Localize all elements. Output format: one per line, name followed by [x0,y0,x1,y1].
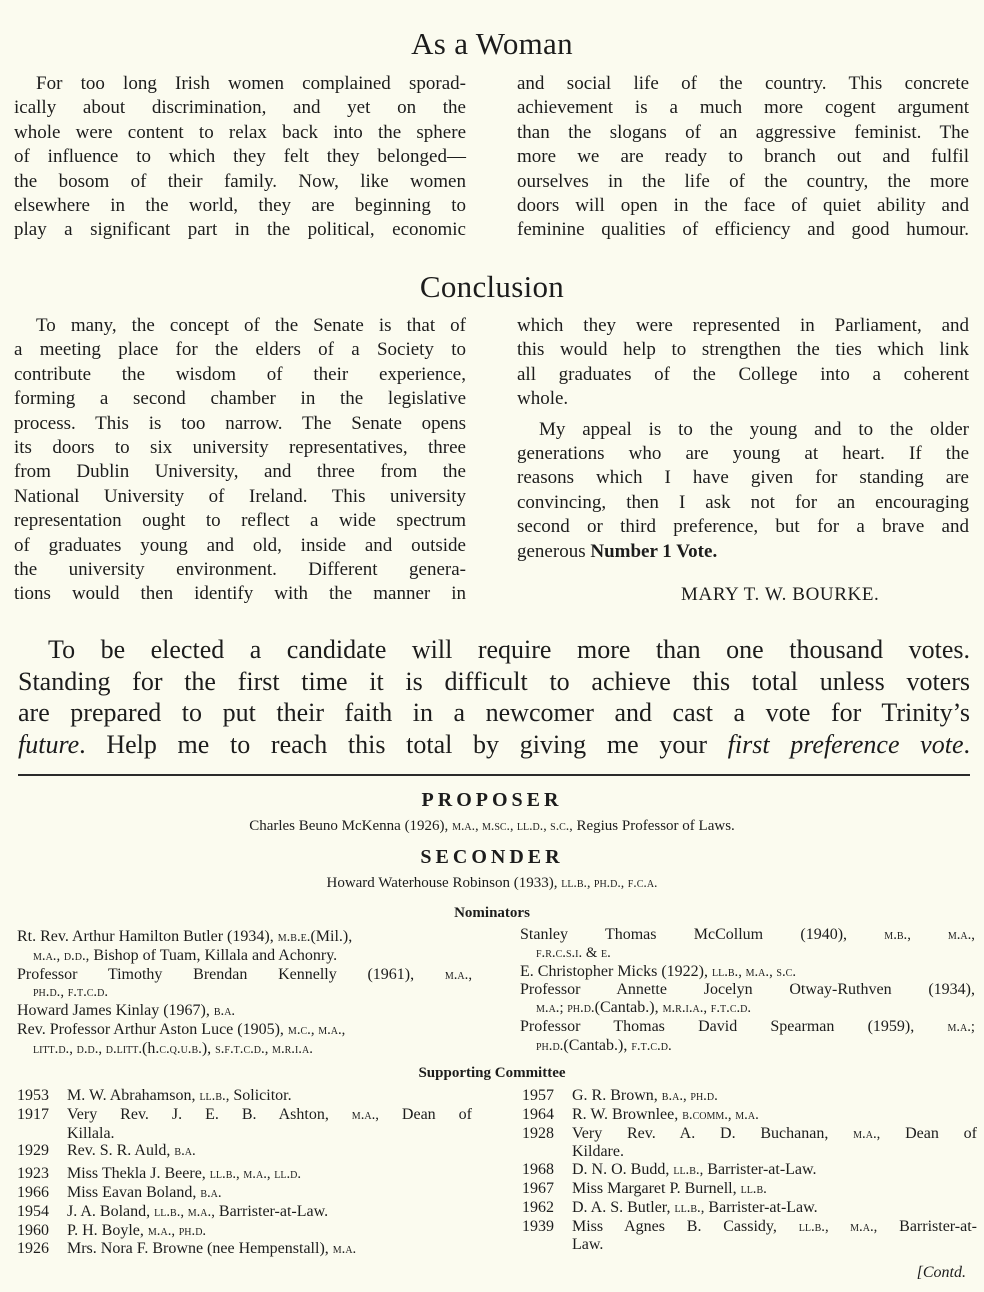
committee-entry: 1917Very Rev. J. E. B. Ashton, M.A., Dea… [17,1106,472,1143]
nominator-entry: Professor Annette Jocelyn Otway-Ruthven … [520,981,975,1018]
text-line: than the slogans of an aggressive femini… [517,121,969,145]
number-one-vote-emphasis: Number 1 Vote. [590,541,717,562]
nominator-entry: Professor Timothy Brendan Kennelly (1961… [17,966,472,1003]
nominators-heading: Nominators [0,905,984,922]
seconder-heading: SECONDER [0,846,984,869]
text-fragment: Bishop of Tuam, Killala and Achonry. [89,947,337,964]
member-text: R. W. Brownlee, B.COMM., M.A. [572,1106,977,1125]
qualification: M.A., PH.D. [148,1223,206,1239]
text-line: forming a second chamber in the legislat… [14,387,466,411]
member-text: Very Rev. A. D. Buchanan, M.A., Dean of [572,1125,977,1144]
text-line: Rev. Professor Arthur Aston Luce (1905),… [17,1021,472,1040]
text-fragment: Barrister-at- [877,1218,977,1235]
text-fragment: Dean of [379,1106,472,1123]
text-fragment: . Help me to reach this total by giving … [79,730,728,759]
graduation-year: 1957 [522,1087,572,1106]
text-line: generous Number 1 Vote. [517,540,969,564]
appeal-line: future. Help me to reach this total by g… [18,729,970,761]
text-line: ourselves in the life of the country, th… [517,170,969,194]
qualification: PH.D. [536,1038,563,1054]
nominator-entry: Rt. Rev. Arthur Hamilton Butler (1934), … [17,928,472,966]
graduation-year: 1953 [17,1087,67,1106]
qualification: F.R.C.S.I. & E. [520,945,975,963]
nominator-entry: Professor Thomas David Spearman (1959), … [520,1018,975,1056]
committee-entry: 1929Rev. S. R. Auld, B.A. [17,1142,472,1161]
member-name: J. A. Boland, [67,1203,154,1220]
text-fragment: Dean of [880,1125,977,1142]
graduation-year: 1928 [522,1125,572,1144]
text-line: whole. [517,387,969,411]
nominator-entry: Stanley Thomas McCollum (1940), M.B., M.… [520,926,975,963]
member-text: M. W. Abrahamson, LL.B., Solicitor. [67,1087,472,1106]
qualification: M.A., D.D., [33,948,89,964]
text-line: My appeal is to the young and to the old… [517,418,969,442]
text-fragment: generous [517,541,590,562]
member-text: Mrs. Nora F. Browne (nee Hempenstall), M… [67,1240,472,1259]
section-title-as-a-woman: As a Woman [0,26,984,62]
text-fragment: Barrister-at-Law. [703,1161,816,1178]
text-fragment: . [964,730,971,759]
qualification: LL.B., [199,1088,229,1104]
text-line: M.A.; PH.D.(Cantab.), M.R.I.A., F.T.C.D. [520,999,975,1018]
qualification: PH.D. [564,1000,595,1016]
text-line: convincing, then I ask not for an encour… [517,491,969,515]
committee-entry: 1957G. R. Brown, B.A., PH.D. [522,1087,977,1106]
graduation-year: 1917 [17,1106,67,1125]
text-line: of graduates young and old, inside and o… [14,534,466,558]
member-text: J. A. Boland, LL.B., M.A., Barrister-at-… [67,1203,472,1222]
member-text: P. H. Boyle, M.A., PH.D. [67,1222,472,1241]
text-fragment: ), [202,1040,215,1057]
member-name: D. N. O. Budd, [572,1161,673,1178]
committee-entry: 1953M. W. Abrahamson, LL.B., Solicitor. [17,1087,472,1106]
member-name: D. A. S. Butler, [572,1199,674,1216]
text-line: second or third preference, but for a br… [517,515,969,539]
seconder-qualifications: LL.B., PH.D., F.C.A. [561,875,657,890]
text-line: from Dublin University, and three from t… [14,460,466,484]
member-text: G. R. Brown, B.A., PH.D. [572,1087,977,1106]
text-line: Law. [522,1236,977,1254]
text-fragment: Howard James Kinlay (1967), [17,1002,214,1019]
text-line: this would help to strengthen the ties w… [517,338,969,362]
qualification: LL.B. [741,1181,767,1197]
text-line: process. This is too narrow. The Senate … [14,412,466,436]
vote-appeal: To be elected a candidate will require m… [18,634,970,760]
text-line: PH.D.(Cantab.), F.T.C.D. [520,1037,975,1056]
member-name: R. W. Brownlee, [572,1106,682,1123]
graduation-year: 1954 [17,1203,67,1222]
qualification: B.A., PH.D. [662,1088,718,1104]
proposer-role: Regius Professor of Laws. [576,818,734,834]
text-line: representation ought to reflect a wide s… [14,509,466,533]
text-line: Professor Thomas David Spearman (1959), … [520,1018,975,1037]
committee-entry: 1926Mrs. Nora F. Browne (nee Hempenstall… [17,1240,472,1259]
appeal-line: are prepared to put their faith in a new… [18,697,970,729]
continued-marker: [Contd. [917,1264,966,1282]
qualification: B.A. [214,1003,235,1019]
member-name: Miss Agnes B. Cassidy, [572,1218,799,1235]
text-line: its doors to six university representati… [14,436,466,460]
proposer-qualifications: M.A., M.SC., LL.D., S.C., [452,818,573,833]
member-text: D. A. S. Butler, LL.B., Barrister-at-Law… [572,1199,977,1218]
member-name: Miss Margaret P. Burnell, [572,1180,741,1197]
text-fragment: E. Christopher Micks (1922), [520,963,712,980]
qualification: M.A., [445,967,472,983]
text-fragment: (Cantab.), [595,999,663,1016]
text-line: tions would then identify with the manne… [14,582,466,606]
member-text: Very Rev. J. E. B. Ashton, M.A., Dean of [67,1106,472,1125]
text-line: E. Christopher Micks (1922), LL.B., M.A.… [520,963,975,982]
text-line: whole were content to relax back into th… [14,121,466,145]
qualification: LL.B., M.A., S.C. [712,964,796,980]
graduation-year: 1968 [522,1161,572,1180]
supporting-committee-heading: Supporting Committee [0,1065,984,1082]
text-line: Professor Annette Jocelyn Otway-Ruthven … [520,981,975,999]
qualification: C.Q.U.B. [159,1041,202,1057]
section-title-conclusion: Conclusion [0,269,984,305]
text-line: more we are ready to branch out and fulf… [517,145,969,169]
appeal-line: Standing for the first time it is diffic… [18,666,970,698]
member-name: G. R. Brown, [572,1087,662,1104]
member-text: Miss Thekla J. Beere, LL.B., M.A., LL.D. [67,1165,472,1184]
qualification: M.A., [352,1107,379,1123]
as-a-woman-right-column: and social life of the country. This con… [517,72,969,243]
committee-entry: 1939Miss Agnes B. Cassidy, LL.B., M.A., … [522,1218,977,1255]
committee-entry: 1966Miss Eavan Boland, B.A. [17,1184,472,1203]
committee-entry: 1968D. N. O. Budd, LL.B., Barrister-at-L… [522,1161,977,1180]
nominator-entry: Rev. Professor Arthur Aston Luce (1905),… [17,1021,472,1059]
text-fragment: Rev. Professor Arthur Aston Luce (1905), [17,1021,288,1038]
text-line: the bosom of their family. Now, like wom… [14,170,466,194]
committee-entry: 1960P. H. Boyle, M.A., PH.D. [17,1222,472,1241]
committee-entry: 1923Miss Thekla J. Beere, LL.B., M.A., L… [17,1165,472,1184]
text-fragment: Professor Thomas David Spearman (1959), [520,1018,947,1035]
qualification: B.A. [200,1185,221,1201]
text-line: reasons which I have given for standing … [517,466,969,490]
graduation-year: 1962 [522,1199,572,1218]
text-line: generations who are young at heart. If t… [517,442,969,466]
nominators-left-list: Rt. Rev. Arthur Hamilton Butler (1934), … [17,928,472,1059]
as-a-woman-left-column: For too long Irish women complained spor… [14,72,466,243]
qualification: B.A. [174,1143,195,1159]
text-line: Killala. [17,1125,472,1143]
text-line: LITT.D., D.D., D.LITT.(h.C.Q.U.B.), S.F.… [17,1040,472,1059]
text-fragment: (Mil.), [310,928,352,945]
member-name: Very Rev. J. E. B. Ashton, [67,1106,352,1123]
member-text: Miss Eavan Boland, B.A. [67,1184,472,1203]
text-line: play a significant part in the political… [14,218,466,242]
italic-first-preference-vote: first preference vote [728,730,964,759]
text-fragment: Rt. Rev. Arthur Hamilton Butler (1934), [17,928,278,945]
text-line: achievement is a much more cogent argume… [517,96,969,120]
committee-right-list: 1957G. R. Brown, B.A., PH.D. 1964R. W. B… [522,1087,977,1254]
text-line: elsewhere in the world, they are beginni… [14,194,466,218]
proposer-details: Charles Beuno McKenna (1926), M.A., M.SC… [0,818,984,835]
text-line: National University of Ireland. This uni… [14,485,466,509]
member-name: Miss Eavan Boland, [67,1184,200,1201]
graduation-year: 1964 [522,1106,572,1125]
text-line: feminine qualities of efficiency and goo… [517,218,969,242]
graduation-year: 1923 [17,1165,67,1184]
text-line: of influence to which they felt they bel… [14,145,466,169]
nominator-entry: E. Christopher Micks (1922), LL.B., M.A.… [520,963,975,982]
qualification: M.A., [853,1126,880,1142]
text-line: doors will open in the face of quiet abi… [517,194,969,218]
member-text: D. N. O. Budd, LL.B., Barrister-at-Law. [572,1161,977,1180]
member-name: Very Rev. A. D. Buchanan, [572,1125,853,1142]
text-line: M.A., D.D., Bishop of Tuam, Killala and … [17,947,472,966]
appeal-line: To be elected a candidate will require m… [18,634,970,666]
graduation-year: 1966 [17,1184,67,1203]
member-text: Miss Margaret P. Burnell, LL.B. [572,1180,977,1199]
seconder-details: Howard Waterhouse Robinson (1933), LL.B.… [0,875,984,892]
member-text: Rev. S. R. Auld, B.A. [67,1142,472,1161]
committee-entry: 1928Very Rev. A. D. Buchanan, M.A., Dean… [522,1125,977,1162]
qualification: LL.B., M.A., [799,1219,878,1235]
text-fragment: Barrister-at-Law. [215,1203,328,1220]
qualification: PH.D., F.T.C.D. [17,984,472,1002]
qualification: LL.B., [673,1162,703,1178]
text-line: and social life of the country. This con… [517,72,969,96]
qualification: M.A. [333,1241,356,1257]
text-line: To many, the concept of the Senate is th… [14,314,466,338]
committee-entry: 1967Miss Margaret P. Burnell, LL.B. [522,1180,977,1199]
horizontal-divider [18,774,970,776]
member-name: P. H. Boyle, [67,1222,148,1239]
member-name: Miss Thekla J. Beere, [67,1165,210,1182]
nominators-right-list: Stanley Thomas McCollum (1940), M.B., M.… [520,926,975,1056]
qualification: LITT.D., D.D., D.LITT. [33,1041,142,1057]
italic-future: future [18,730,79,759]
text-line: the university environment. Different ge… [14,558,466,582]
text-line: Stanley Thomas McCollum (1940), M.B., M.… [520,926,975,945]
text-line: Kildare. [522,1143,977,1161]
text-line: Professor Timothy Brendan Kennelly (1961… [17,966,472,985]
qualification: M.C., M.A., [288,1022,345,1038]
qualification: M.B.E. [278,929,311,945]
text-line: Howard James Kinlay (1967), B.A. [17,1002,472,1021]
qualification: M.R.I.A., F.T.C.D. [663,1000,751,1016]
text-line: all graduates of the College into a cohe… [517,363,969,387]
signature: MARY T. W. BOURKE. [681,584,879,606]
graduation-year: 1967 [522,1180,572,1199]
text-line: For too long Irish women complained spor… [14,72,466,96]
conclusion-right-column: which they were represented in Parliamen… [517,314,969,564]
graduation-year: 1929 [17,1142,67,1161]
qualification: LL.B., [674,1200,704,1216]
proposer-heading: PROPOSER [0,789,984,812]
qualification: S.F.T.C.D., M.R.I.A. [215,1041,313,1057]
member-name: M. W. Abrahamson, [67,1087,199,1104]
nominator-entry: Howard James Kinlay (1967), B.A. [17,1002,472,1021]
text-line: ically about discrimination, and yet on … [14,96,466,120]
committee-entry: 1964R. W. Brownlee, B.COMM., M.A. [522,1106,977,1125]
qualification: LL.B., M.A., [154,1204,215,1220]
text-line: a meeting place for the elders of a Soci… [14,338,466,362]
graduation-year: 1939 [522,1218,572,1237]
text-fragment: Professor Timothy Brendan Kennelly (1961… [17,966,445,983]
committee-entry: 1962D. A. S. Butler, LL.B., Barrister-at… [522,1199,977,1218]
text-fragment: Stanley Thomas McCollum (1940), [520,926,884,943]
text-line: Rt. Rev. Arthur Hamilton Butler (1934), … [17,928,472,947]
text-fragment: Solicitor. [229,1087,291,1104]
text-fragment: (h. [142,1040,159,1057]
conclusion-left-column: To many, the concept of the Senate is th… [14,314,466,607]
text-fragment: Barrister-at-Law. [704,1199,817,1216]
member-name: Mrs. Nora F. Browne (nee Hempenstall), [67,1240,333,1257]
qualification: F.T.C.D. [631,1038,671,1054]
proposer-name: Charles Beuno McKenna (1926), [249,818,448,834]
qualification: M.A.; [536,1000,564,1016]
graduation-year: 1926 [17,1240,67,1259]
graduation-year: 1960 [17,1222,67,1241]
text-line: which they were represented in Parliamen… [517,314,969,338]
text-fragment: (Cantab.), [563,1037,631,1054]
qualification: M.A.; [947,1019,975,1035]
member-text: Miss Agnes B. Cassidy, LL.B., M.A., Barr… [572,1218,977,1237]
qualification: LL.B., M.A., LL.D. [210,1166,301,1182]
qualification: M.B., M.A., [884,927,975,943]
committee-entry: 1954J. A. Boland, LL.B., M.A., Barrister… [17,1203,472,1222]
member-name: Rev. S. R. Auld, [67,1142,174,1159]
qualification: B.COMM., M.A. [682,1107,759,1123]
committee-left-list: 1953M. W. Abrahamson, LL.B., Solicitor. … [17,1087,472,1259]
seconder-name: Howard Waterhouse Robinson (1933), [326,875,557,891]
text-line: contribute the wisdom of their experienc… [14,363,466,387]
